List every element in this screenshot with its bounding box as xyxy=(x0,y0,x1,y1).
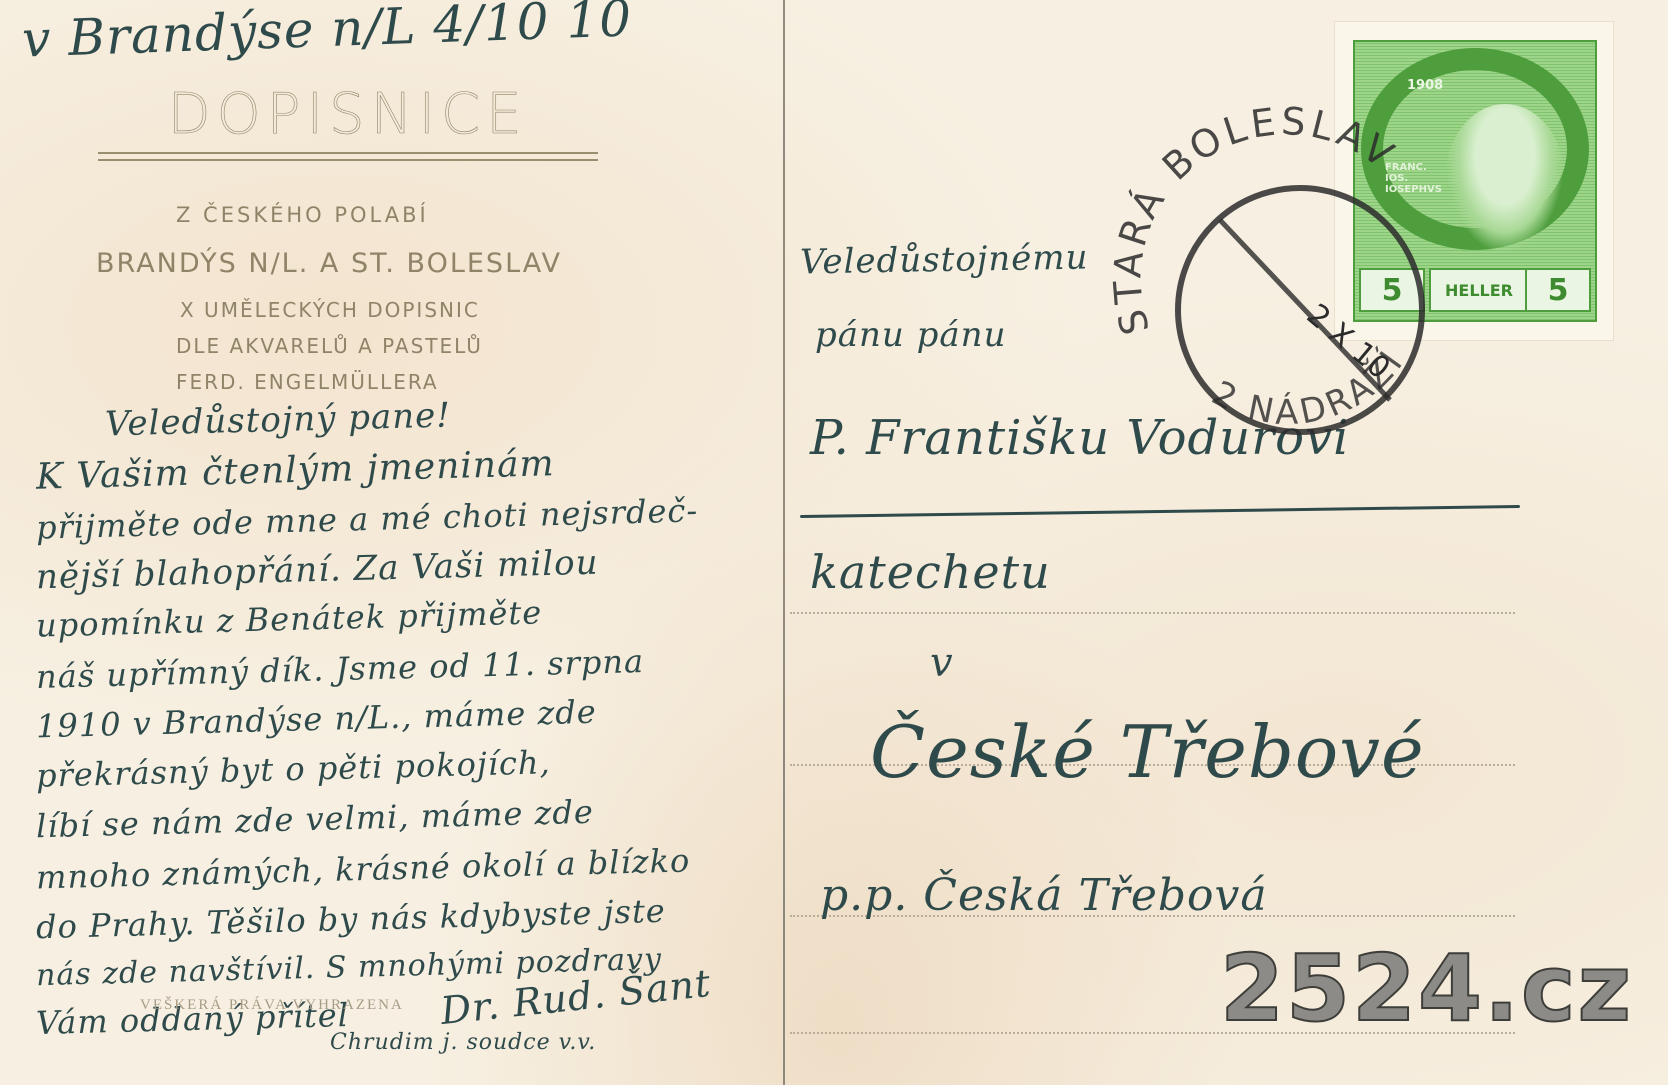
site-watermark: 2524.cz xyxy=(1220,935,1633,1042)
message-line: do Prahy. Těšilo by nás kdybyste jste xyxy=(36,892,667,946)
postmark-date: 2 X 10 xyxy=(1300,297,1397,386)
message-line: 1910 v Brandýse n/L., máme zde xyxy=(36,693,598,746)
postmark-town: STARÁ BOLESLAV xyxy=(1105,100,1404,339)
message-line: náš upřímný dík. Jsme od 11. srpna xyxy=(36,642,645,696)
title-rule xyxy=(98,152,598,154)
message-line: upomínku z Benátek přijměte xyxy=(36,593,543,644)
signature-subtitle: Chrudim j. soudce v.v. xyxy=(330,1030,596,1055)
vertical-divider xyxy=(783,0,785,1085)
svg-text:STARÁ BOLESLAV: STARÁ BOLESLAV xyxy=(1105,100,1404,339)
postcard: v Brandýse n/L 4/10 10 DOPISNICE Z ČESKÉ… xyxy=(0,0,1668,1085)
publisher-line-3: X UMĚLECKÝCH DOPISNIC xyxy=(180,298,480,322)
publisher-line-2: BRANDÝS N/L. A ST. BOLESLAV xyxy=(96,248,562,279)
message-line: líbí se nám zde velmi, máme zde xyxy=(36,793,595,846)
message-line: K Vašim čtenlým jmeninám xyxy=(36,443,556,498)
card-title: DOPISNICE xyxy=(95,82,600,147)
publisher-line-5: FERD. ENGELMÜLLERA xyxy=(176,370,439,394)
recipient-underline xyxy=(800,505,1520,518)
message-line: přijměte ode mne a mé choti nejsrdeč- xyxy=(36,491,699,546)
message-line: překrásný byt o pěti pokojích, xyxy=(36,743,552,794)
title-rule xyxy=(98,159,598,161)
stamp-value-right: 5 xyxy=(1525,268,1591,312)
address-title: katechetu xyxy=(810,545,1051,599)
handwritten-place-date: v Brandýse n/L 4/10 10 xyxy=(21,0,633,69)
publisher-line-1: Z ČESKÉHO POLABÍ xyxy=(176,203,429,227)
address-line xyxy=(790,612,1515,614)
address-preposition: v xyxy=(930,640,954,686)
copyright-note: VEŠKERÁ PRÁVA VYHRAZENA xyxy=(140,997,404,1014)
address-honorific: pánu pánu xyxy=(815,315,1006,355)
message-line: Veledůstojný pane! xyxy=(105,395,452,444)
address-town: České Třebové xyxy=(870,710,1425,794)
address-post-office: p.p. Česká Třebová xyxy=(820,870,1268,921)
address-salutation: Veledůstojnému xyxy=(800,237,1089,282)
publisher-line-4: DLE AKVARELŮ A PASTELŮ xyxy=(176,334,483,358)
message-line: mnoho známých, krásné okolí a blízko xyxy=(36,841,691,896)
postmark: STARÁ BOLESLAV 2 NÁDRAŽÍ 2 X 10 xyxy=(1100,100,1480,480)
stamp-year: 1908 xyxy=(1407,78,1443,93)
message-line: nější blahopřání. Za Vaši milou xyxy=(36,543,599,598)
